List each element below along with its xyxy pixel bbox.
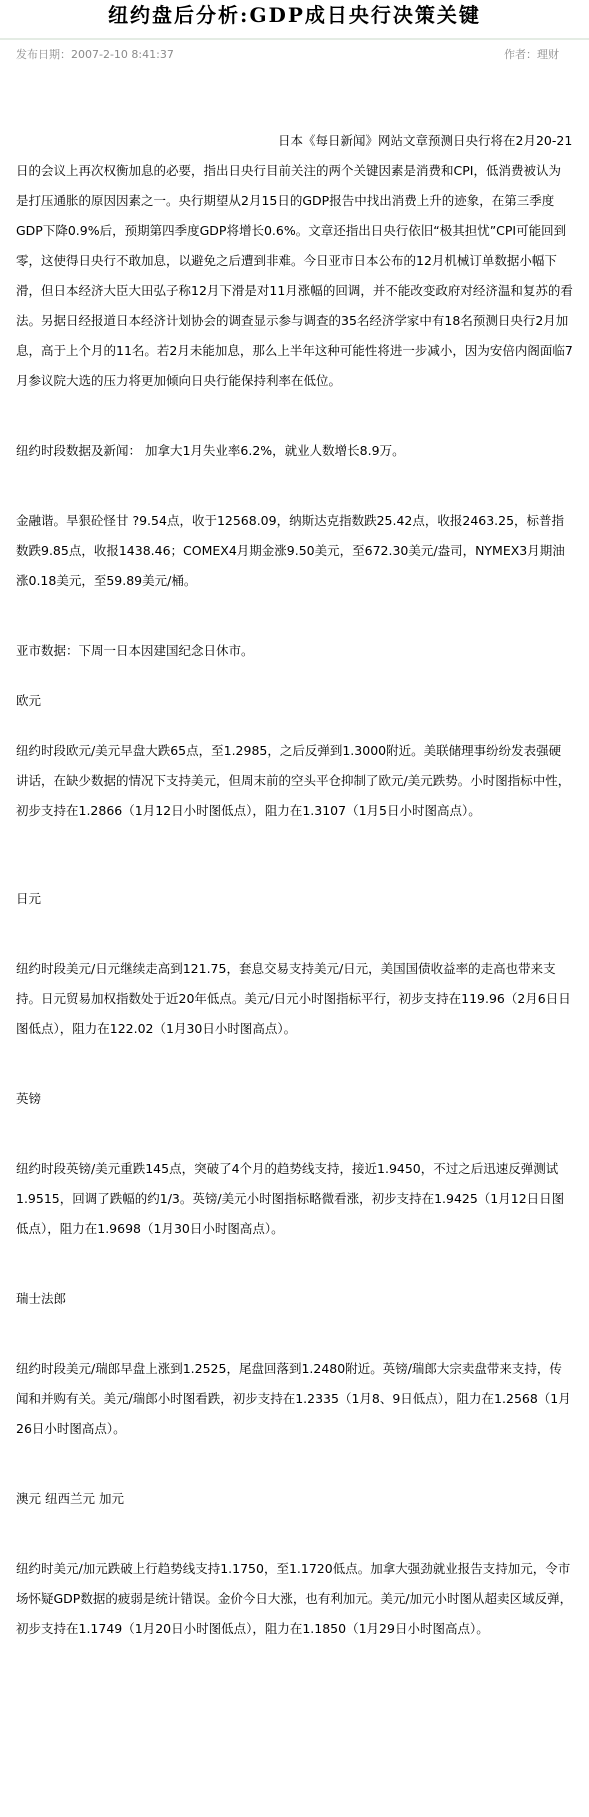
section-heading-jpy: 日元 — [16, 884, 573, 914]
article-meta: 发布日期：2007-2-10 8:41:37 作者：理财 — [0, 40, 589, 74]
ny-news-paragraph: 纽约时段数据及新闻： 加拿大1月失业率6.2%，就业人数增长8.9万。 — [16, 436, 573, 466]
author: 作者：理财 — [504, 46, 589, 74]
section-heading-eur: 欧元 — [16, 686, 573, 716]
markets-paragraph: 金融谐。旱狠砼怪甘 ?9.54点，收于12568.09，纳斯达克指数跌25.42… — [16, 506, 573, 596]
article-title: 纽约盘后分析:GDP成日央行决策关键 — [0, 0, 589, 38]
section-heading-aud-nzd-cad: 澳元 纽西兰元 加元 — [16, 1484, 573, 1514]
section-body-jpy: 纽约时段美元/日元继续走高到121.75，套息交易支持美元/日元，美国国债收益率… — [16, 954, 573, 1044]
section-body-aud-nzd-cad: 纽约时美元/加元跌破上行趋势线支持1.1750，至1.1720低点。加拿大强劲就… — [16, 1554, 573, 1644]
section-heading-gbp: 英镑 — [16, 1084, 573, 1114]
section-body-eur: 纽约时段欧元/美元早盘大跌65点，至1.2985，之后反弹到1.3000附近。美… — [16, 736, 573, 826]
asia-paragraph: 亚市数据：下周一日本因建国纪念日休市。 — [16, 636, 573, 666]
section-heading-chf: 瑞士法郎 — [16, 1284, 573, 1314]
section-body-chf: 纽约时段美元/瑞郎早盘上涨到1.2525，尾盘回落到1.2480附近。英镑/瑞郎… — [16, 1354, 573, 1444]
publish-date: 发布日期：2007-2-10 8:41:37 — [16, 46, 174, 74]
article-body: 日本《每日新闻》网站文章预测日央行将在2月20-21日的会议上再次权衡加息的必要… — [0, 126, 589, 1664]
section-body-gbp: 纽约时段英镑/美元重跌145点，突破了4个月的趋势线支持，接近1.9450，不过… — [16, 1154, 573, 1244]
intro-paragraph: 日本《每日新闻》网站文章预测日央行将在2月20-21日的会议上再次权衡加息的必要… — [16, 126, 573, 396]
